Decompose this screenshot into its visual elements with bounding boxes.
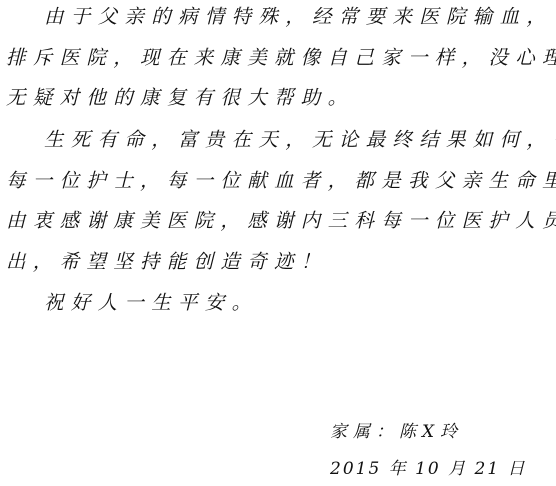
signature: 家属：陈X玲 (330, 421, 463, 443)
text-line: 由于父亲的病情特殊，经常要来医院输血，以前他总是 (44, 5, 556, 29)
text-line: 生死有命，富贵在天，无论最终结果如何，每一位医生， (44, 128, 556, 152)
text-line: 无疑对他的康复有很大帮助。 (6, 86, 354, 110)
text-line: 祝好人一生平安。 (44, 291, 258, 315)
date: 2015 年 10 月 21 日 (330, 458, 527, 480)
text-line: 每一位护士，每一位献血者，都是我父亲生命里的生死之交。 (6, 169, 556, 193)
text-line: 由衷感谢康美医院，感谢内三科每一位医护人员的用心付 (6, 209, 556, 233)
text-line: 出，希望坚持能创造奇迹！ (6, 250, 328, 274)
text-line: 排斥医院，现在来康美就像自己家一样，没心理负担，这点 (6, 46, 556, 70)
